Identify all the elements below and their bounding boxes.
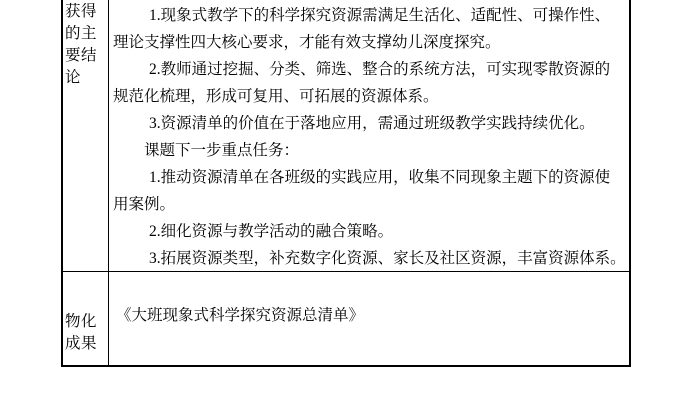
row-header-line: 物化 xyxy=(65,311,107,333)
outcome-document-title: 《大班现象式科学探究资源总清单》 xyxy=(116,302,364,329)
conclusion-line-2: 理论支撑性四大核心要求，才能有效支撑幼儿深度探究。 xyxy=(113,29,626,56)
conclusions-content: 1.现象式教学下的科学探究资源需满足生活化、适配性、可操作性、 理论支撑性四大核… xyxy=(109,0,629,271)
row-header-outcomes: 物化 成果 xyxy=(63,272,109,365)
document-table: 获得 的主 要结 论 1.现象式教学下的科学探究资源需满足生活化、适配性、可操作… xyxy=(61,0,631,367)
next-tasks-heading: 课题下一步重点任务： xyxy=(113,137,626,164)
task-line-1: 1.推动资源清单在各班级的实践应用，收集不同现象主题下的资源使 xyxy=(113,164,626,191)
conclusion-line-4: 规范化梳理，形成可复用、可拓展的资源体系。 xyxy=(113,83,626,110)
table-row-outcomes: 物化 成果 《大班现象式科学探究资源总清单》 xyxy=(63,272,629,365)
task-line-3: 3.拓展资源类型，补充数字化资源、家长及社区资源，丰富资源体系。 xyxy=(113,245,626,271)
conclusion-line-3: 2.教师通过挖掘、分类、筛选、整合的系统方法，可实现零散资源的 xyxy=(113,56,626,83)
task-line-2: 2.细化资源与教学活动的融合策略。 xyxy=(113,218,626,245)
row-header-conclusions: 获得 的主 要结 论 xyxy=(63,0,109,271)
table-row-conclusions: 获得 的主 要结 论 1.现象式教学下的科学探究资源需满足生活化、适配性、可操作… xyxy=(63,0,629,272)
task-line-1-wrap: 用案例。 xyxy=(113,191,626,218)
row-header-line: 成果 xyxy=(65,333,107,355)
row-header-line: 获得 xyxy=(65,1,107,23)
conclusion-line-1: 1.现象式教学下的科学探究资源需满足生活化、适配性、可操作性、 xyxy=(113,2,626,29)
row-header-line: 论 xyxy=(65,67,107,89)
conclusion-line-5: 3.资源清单的价值在于落地应用，需通过班级教学实践持续优化。 xyxy=(113,110,626,137)
document-page: { "page": { "background_color": "#ffffff… xyxy=(0,0,681,398)
row-header-line: 要结 xyxy=(65,45,107,67)
outcomes-content: 《大班现象式科学探究资源总清单》 xyxy=(109,272,629,365)
row-header-line: 的主 xyxy=(65,23,107,45)
